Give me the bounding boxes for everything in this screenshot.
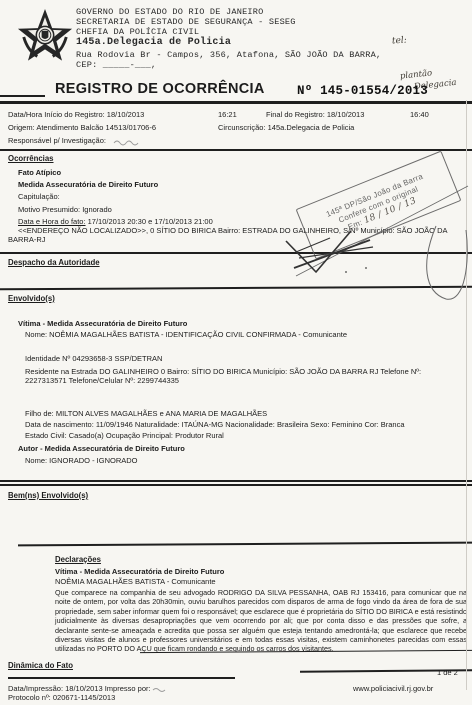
section-envolvidos: Envolvido(s)	[8, 294, 55, 303]
footer-protocolo: Protocolo nº: 020671-1145/2013	[8, 693, 115, 702]
footer-site: www.policiacivil.rj.gov.br	[353, 684, 433, 693]
section-despacho: Despacho da Autoridade	[8, 258, 100, 267]
illegible-scribble	[152, 686, 170, 693]
vitima-nome: Nome: NOÊMIA MAGALHÃES BATISTA - IDENTIF…	[25, 330, 347, 339]
autor-heading: Autor - Medida Assecuratória de Direito …	[18, 444, 185, 453]
divider	[0, 101, 472, 104]
vitima-nascimento: Data de nascimento: 11/09/1946 Naturalid…	[25, 420, 405, 429]
section-ocorrencias: Ocorrências	[8, 154, 54, 163]
origem: Origem: Atendimento Balcão 14513/01706-6	[8, 123, 156, 132]
org-line-2: SECRETARIA DE ESTADO DE SEGURANÇA - SESE…	[76, 18, 296, 27]
divider	[0, 484, 472, 486]
fato-atipico: Fato Atípico	[18, 168, 61, 177]
section-dinamica: Dinâmica do Fato	[8, 661, 73, 670]
motivo-presumido: Motivo Presumido: Ignorado	[18, 205, 112, 214]
vitima-estado-civil: Estado Civil: Casado(a) Ocupação Princip…	[25, 431, 224, 440]
policia-civil-badge-icon	[16, 8, 74, 66]
scan-edge-artifact	[466, 100, 467, 690]
footer-impressao: Data/Impressão: 18/10/2013 Impresso por:	[8, 684, 151, 693]
registro-inicio: Data/Hora Início do Registro: 18/10/2013	[8, 110, 144, 119]
medida-assecuratoria: Medida Assecuratória de Direito Futuro	[18, 180, 158, 189]
report-number: Nº 145-01554/2013	[297, 87, 428, 96]
report-title: REGISTRO DE OCORRÊNCIA	[55, 85, 265, 94]
vitima-filiacao: Filho de: MILTON ALVES MAGALHÃES e ANA M…	[25, 409, 267, 418]
org-line-1: GOVERNO DO ESTADO DO RIO DE JANEIRO	[76, 8, 264, 17]
responsavel-investigacao: Responsável p/ Investigação:	[8, 136, 106, 145]
section-declaracoes: Declarações	[55, 555, 101, 564]
data-hora-fato: Data e Hora do fato: 17/10/2013 20:30 e …	[18, 217, 213, 226]
address-line: Rua Rodovia Br - Campos, 356, Atafona, S…	[76, 51, 381, 60]
divider	[0, 480, 472, 482]
handwritten-tel-note: tel:	[392, 36, 407, 46]
divider	[0, 286, 472, 290]
data-hora-fato-value: 17/10/2013 20:30 e 17/10/2013 21:00	[86, 217, 213, 226]
vitima-heading: Vítima - Medida Assecuratória de Direito…	[18, 319, 187, 328]
divider	[18, 542, 472, 546]
unit-name: 145a.Delegacia de Policia	[76, 38, 231, 47]
data-hora-fato-label: Data e Hora do fato:	[18, 217, 86, 226]
endereco-fato: <<ENDEREÇO NÃO LOCALIZADO>>, 0 SÍTIO DO …	[8, 226, 466, 244]
illegible-scribble	[113, 138, 143, 146]
declarante-nome: NOÊMIA MAGALHÃES BATISTA - Comunicante	[55, 577, 216, 586]
registro-final-hora: 16:40	[410, 110, 429, 119]
registro-final: Final do Registro: 18/10/2013	[266, 110, 364, 119]
declaracao-texto: Que comparece na companhia de seu advoga…	[55, 588, 467, 654]
vitima-identidade: Identidade Nº 04293658-3 SSP/DETRAN	[25, 354, 162, 363]
divider	[8, 677, 235, 679]
vitima-residencia: Residente na Estrada DO GALINHEIRO 0 Bai…	[25, 367, 463, 385]
divider	[0, 149, 472, 151]
scanned-police-report-page: GOVERNO DO ESTADO DO RIO DE JANEIRO SECR…	[0, 0, 472, 705]
divider	[0, 252, 472, 254]
registro-inicio-hora: 16:21	[218, 110, 237, 119]
cep-line: CEP: _____-___,	[76, 61, 156, 70]
org-line-3: CHEFIA DA POLÍCIA CIVIL	[76, 28, 199, 37]
divider	[0, 95, 45, 97]
capitulacao: Capitulação:	[18, 192, 60, 201]
section-bens: Bem(ns) Envolvido(s)	[8, 491, 88, 500]
circunscricao: Circunscrição: 145a.Delegacia de Policia	[218, 123, 354, 132]
declaracao-sub-heading: Vítima - Medida Assecuratória de Direito…	[55, 567, 224, 576]
autor-nome: Nome: IGNORADO - IGNORADO	[25, 456, 138, 465]
page-indicator: 1 de 2	[437, 668, 458, 677]
